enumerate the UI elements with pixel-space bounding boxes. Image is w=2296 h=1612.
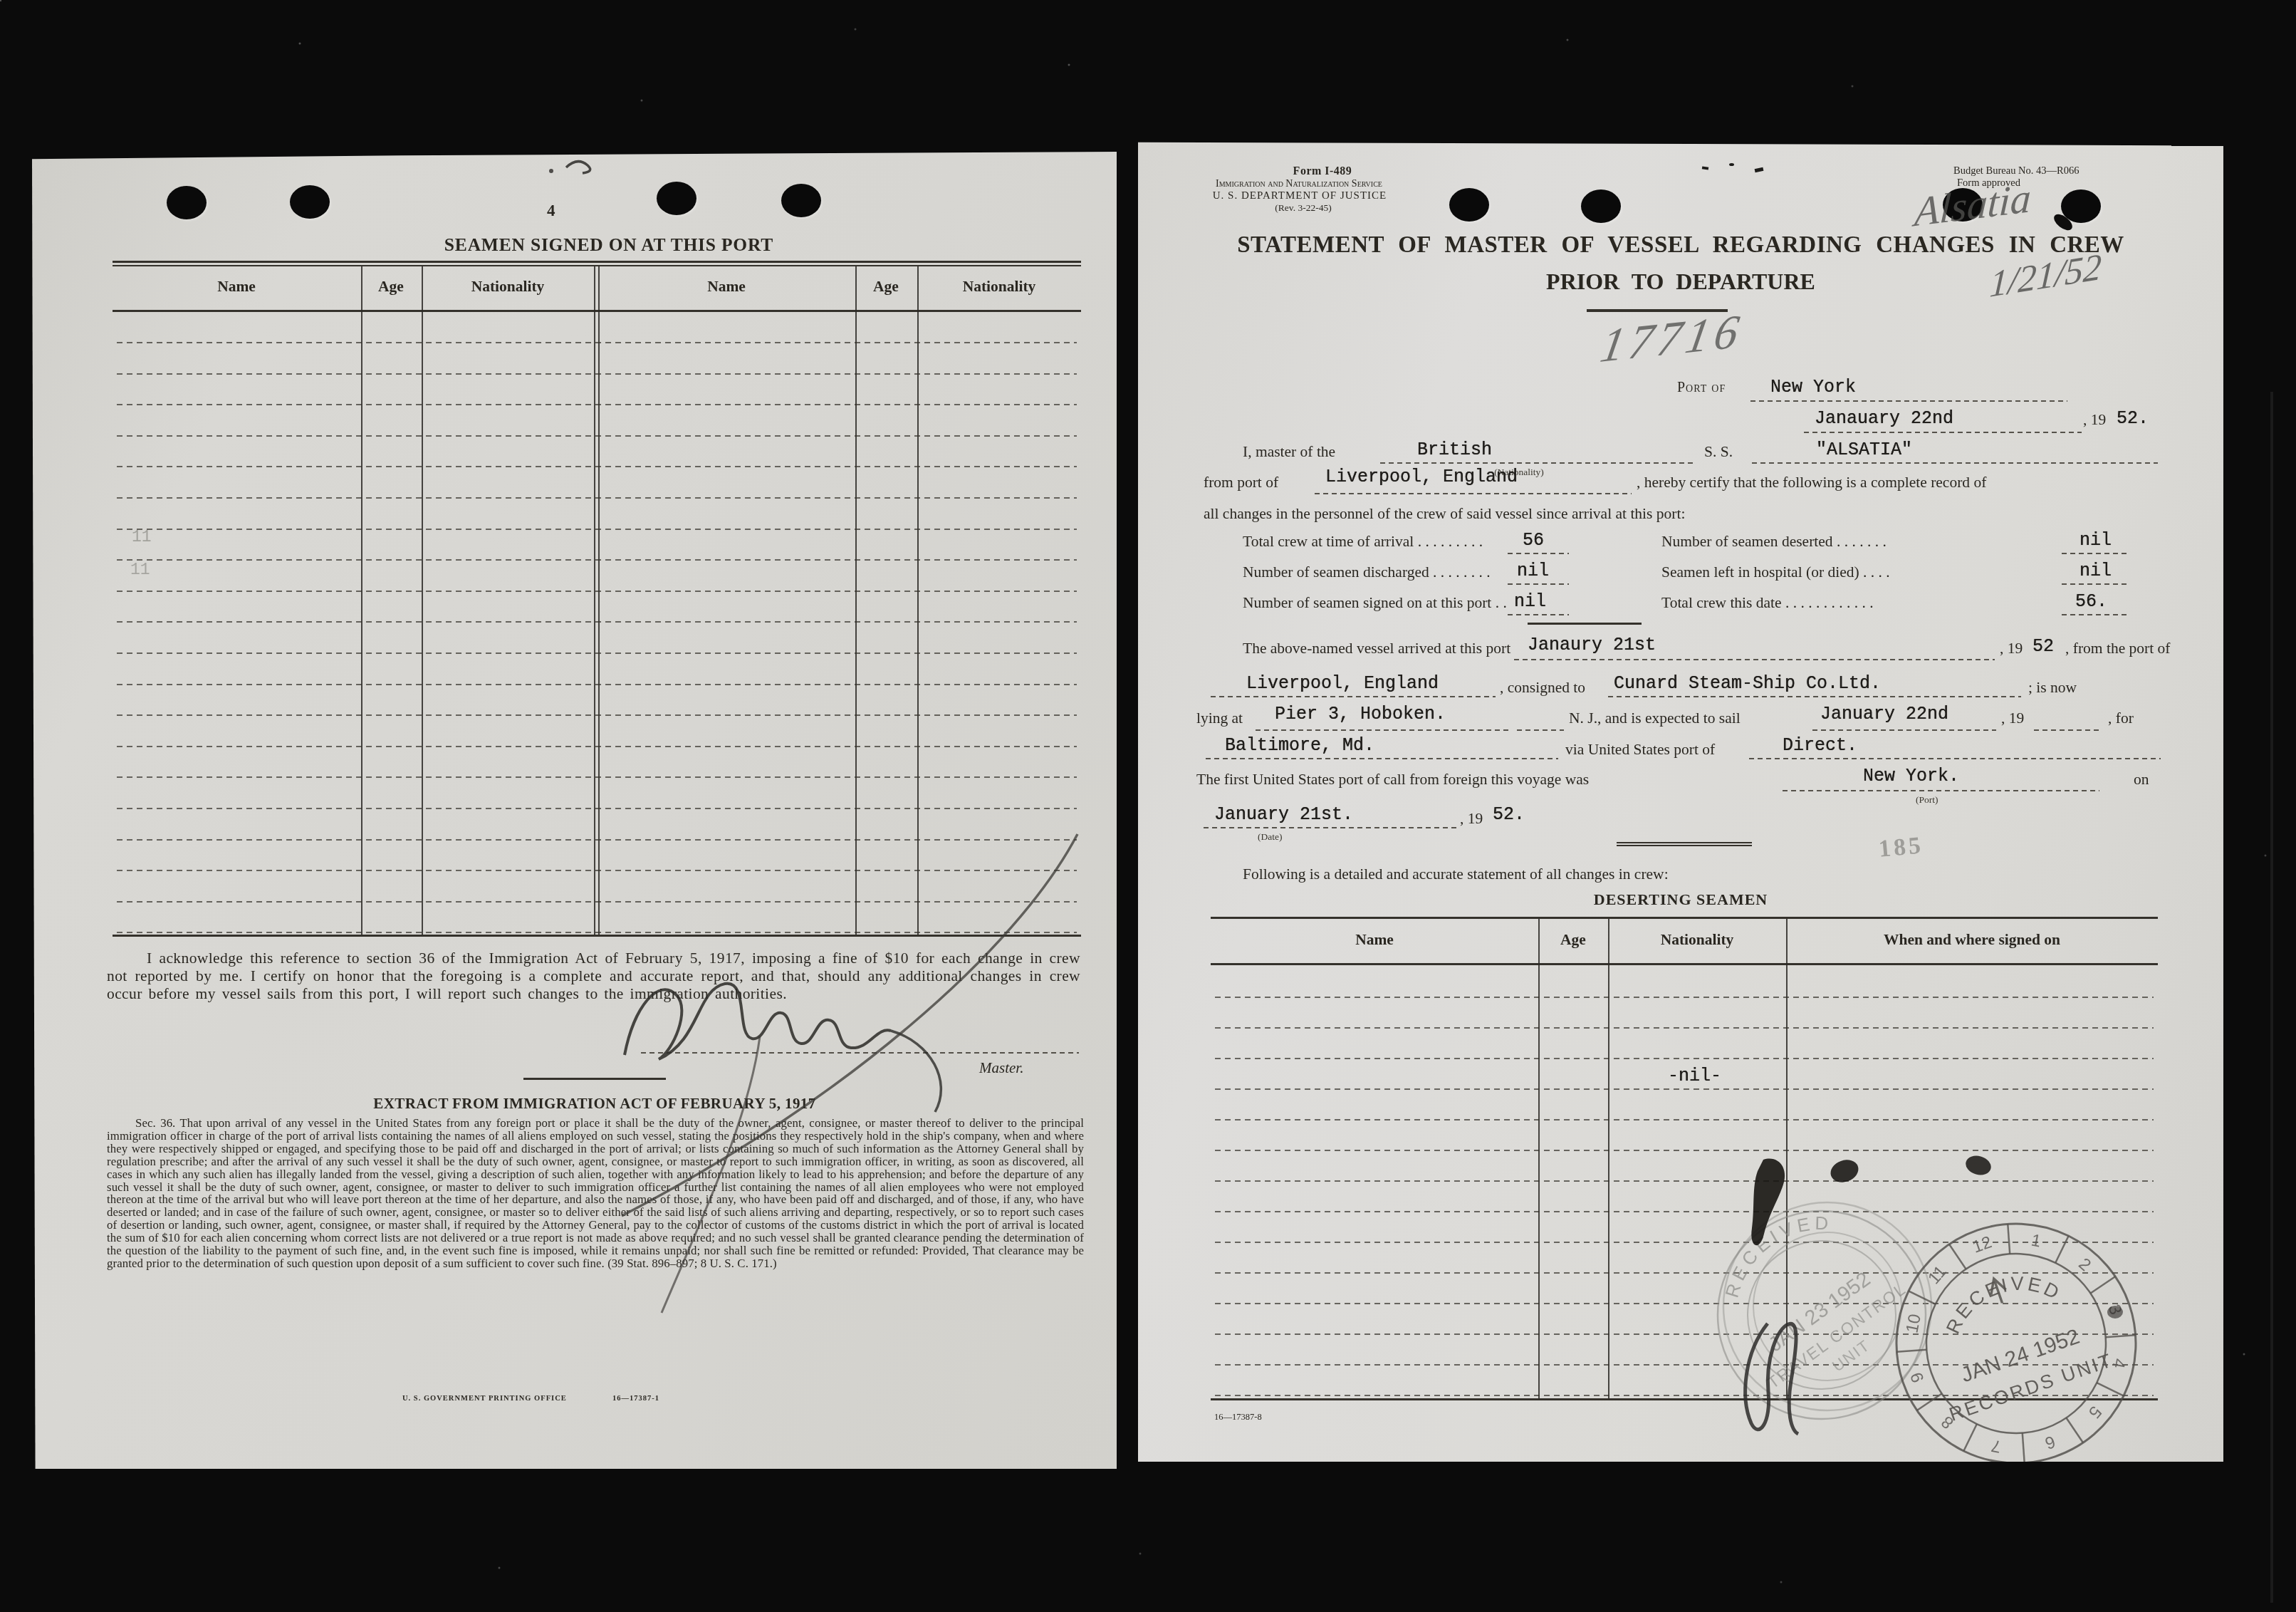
- scan-edge-artifact: [2270, 392, 2273, 1603]
- ink-blob: [1751, 1159, 1785, 1246]
- stamp-ring-number: 2: [2075, 1254, 2094, 1275]
- records-stamp-number-ring: 121234567891011: [1869, 1197, 2164, 1462]
- film-specks: [0, 0, 1, 1]
- stamp-ring-tick: [2000, 1224, 2017, 1254]
- pen-arc-stroke: [622, 834, 1077, 1216]
- stamp-ring-number: 6: [2042, 1432, 2057, 1453]
- stamp-ring-tick: [2049, 1236, 2076, 1263]
- stamp-ring-number: 9: [1907, 1370, 1929, 1385]
- ink-blob: [1827, 1156, 1862, 1186]
- travel-control-stamp: RECEIVED JAN 23 1952 TRAVEL CONTROL UNIT: [1676, 1170, 1967, 1460]
- stamp-ring-number: 7: [1990, 1435, 2003, 1456]
- stamps-overlay: RECEIVED JAN 23 1952 TRAVEL CONTROL UNIT…: [1138, 140, 2223, 1462]
- ink-strokes-overlay: [32, 152, 1117, 1469]
- stamp-ring-number: 12: [1970, 1232, 1994, 1257]
- travel-stamp-received: RECEIVED: [1706, 1191, 1843, 1308]
- stray-pen-mark: [566, 162, 590, 173]
- right-page: Form I-489 Immigration and Naturalizatio…: [1138, 140, 2223, 1462]
- stamp-ring-tick: [2088, 1276, 2118, 1293]
- stamp-ring-tick: [1914, 1393, 1944, 1410]
- stamp-ring-tick: [1957, 1424, 1984, 1451]
- stamp-ring-tick: [2097, 1376, 2124, 1403]
- left-page: 4 SEAMEN SIGNED ON AT THIS PORT Name Age…: [32, 152, 1117, 1469]
- stamp-ring-number: 10: [1902, 1312, 1925, 1334]
- ink-blob: [1963, 1153, 1993, 1177]
- scanned-document-spread: 4 SEAMEN SIGNED ON AT THIS PORT Name Age…: [0, 0, 2296, 1612]
- svg-text:RECEIVED: RECEIVED: [1706, 1191, 1843, 1308]
- stamp-ring-tick: [1949, 1242, 1966, 1272]
- records-unit-stamp: 121234567891011 RECEIVED JAN 24 1952 REC…: [1864, 1191, 2168, 1462]
- stamp-ring-tick: [2106, 1328, 2136, 1344]
- stamp-ring-tick: [2066, 1415, 2082, 1445]
- stamp-ring-number: 5: [2084, 1402, 2105, 1422]
- pen-arc-stroke2: [662, 1036, 760, 1313]
- stamp-ring-number: 1: [2030, 1231, 2042, 1252]
- stamp-ring-tick: [2015, 1433, 2032, 1462]
- signature-flourish: [891, 1031, 941, 1112]
- ink-blob: [2107, 1306, 2123, 1319]
- stray-ink-dot: [549, 169, 553, 173]
